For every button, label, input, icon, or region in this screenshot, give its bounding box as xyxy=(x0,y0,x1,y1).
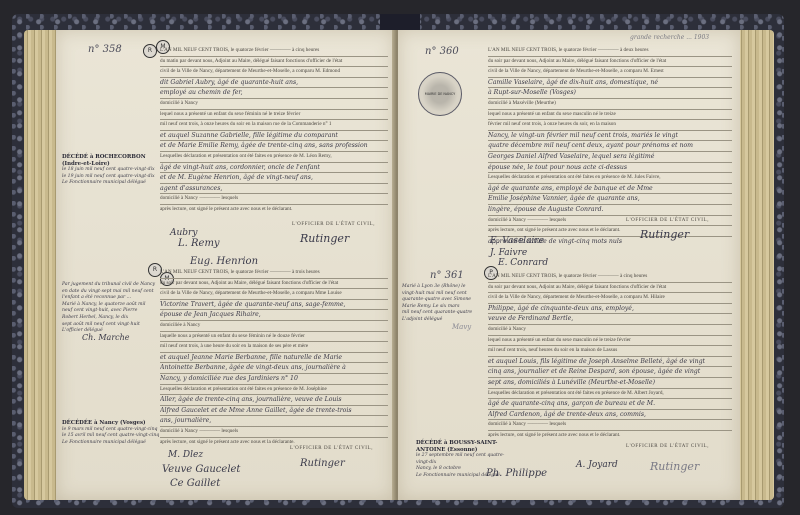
record-line: L'AN MIL NEUF CENT TROIS, le quatorze fé… xyxy=(160,268,388,279)
record-line: à Rupt-sur-Moselle (Vosges) xyxy=(488,88,732,99)
signature: Veuve Gaucelet xyxy=(162,464,240,475)
signature: M. Dlez xyxy=(168,450,203,460)
signature: Ph. Philippe xyxy=(486,468,547,479)
record-line: Aller, âgée de trente-cinq ans, journali… xyxy=(160,395,388,406)
signature: L. Remy xyxy=(178,238,220,249)
record-line: et de M. Eugène Henrion, âgé de vingt-ne… xyxy=(160,173,388,184)
signature: J. Faivre xyxy=(490,248,527,258)
record-line: mil neuf cent trois, à onze heures du so… xyxy=(160,120,388,131)
record-line: et de Marie Emilie Remy, âgée de trente-… xyxy=(160,141,388,152)
record-line: mil neuf cent trois, neuf heures du soir… xyxy=(488,346,732,357)
record-line: L'AN MIL NEUF CENT TROIS, le quatorze fé… xyxy=(488,272,732,283)
record-line: cinq ans, journalier et de Reine Despard… xyxy=(488,367,732,378)
record-line: âgé de quarante-cinq ans, garçon de bure… xyxy=(488,399,732,410)
signature: Ce Gaillet xyxy=(170,478,220,489)
record-line: du matin par devant nous, Adjoint au Mai… xyxy=(160,57,388,68)
record-line: après lecture, ont signé le présent acte… xyxy=(160,205,388,215)
record-number: n° 361 xyxy=(430,270,464,281)
page-edges-right xyxy=(738,30,774,500)
margin-note-death: DÉCÉDÉ à ROCHECORBON (Indre-et-Loire) le… xyxy=(62,154,160,187)
record-line: Lesquelles déclaration et présentation o… xyxy=(488,389,732,400)
margin-note-line: l'enfant a été reconnue par ... xyxy=(62,295,160,302)
signature: E. Conrard xyxy=(498,258,548,268)
signature: E. Vaselaire xyxy=(490,236,544,246)
signature: A. Joyard xyxy=(576,460,618,470)
margin-note-marriage: Marié à Lyon 3e (Rhône) le vingt-huit ma… xyxy=(402,284,486,330)
margin-note-line: le 15 avril mil neuf cent quatre-vingt-c… xyxy=(62,433,160,440)
record-number: n° 360 xyxy=(425,46,459,57)
record-line: L'AN MIL NEUF CENT TROIS, le quatorze fé… xyxy=(488,46,732,57)
record-line: domicilié à Nancy xyxy=(488,325,732,336)
record-358-body: L'AN MIL NEUF CENT TROIS, le quatorze fé… xyxy=(160,46,388,215)
margin-note-line: Par jugement du tribunal civil de Nancy xyxy=(62,282,160,289)
officer-signature: Rutinger xyxy=(300,232,349,245)
margin-note-line: le 27 septembre mil neuf cent quatre-vin… xyxy=(416,453,516,466)
margin-note-line: Robert Herbel, Nancy, le dix xyxy=(62,315,160,322)
record-line: Lesquelles déclaration et présentation o… xyxy=(160,385,388,396)
record-number: n° 358 xyxy=(88,44,122,55)
record-line: domicilié à Maxéville (Meurthe) xyxy=(488,99,732,110)
record-line: Camille Vaselaire, âgé de dix-huit ans, … xyxy=(488,78,732,89)
record-line: Nancy, le vingt-un février mil neuf cent… xyxy=(488,131,732,142)
record-line: domicilié à Nancy ———— lesquels xyxy=(160,194,388,205)
record-line: civil de la Ville de Nancy, département … xyxy=(488,293,732,304)
record-line: Antoinette Berbanne, âgée de vingt-deux … xyxy=(160,363,388,374)
margin-note-line: le 18 juin mil neuf cent quatre-vingt-di… xyxy=(62,167,160,174)
officer-signature: Rutinger xyxy=(640,228,689,241)
record-line: lequel nous a présenté un enfant du sexe… xyxy=(160,110,388,121)
record-line: Lesquelles déclaration et présentation o… xyxy=(160,152,388,163)
margin-note-line: quarante-quatre avec Simone xyxy=(402,297,486,304)
margin-note-line: Marié à Lyon 3e (Rhône) le xyxy=(402,284,486,291)
margin-note-header: DÉCÉDÉ à ROCHECORBON (Indre-et-Loire) xyxy=(62,154,160,167)
officer-label: L'OFFICIER DE L'ÉTAT CIVIL, xyxy=(626,218,709,223)
record-line: âgé de quarante ans, employé de banque e… xyxy=(488,184,732,195)
record-line: Nancy, y domiciliée rue des Jardiniers n… xyxy=(160,374,388,385)
record-line: L'AN MIL NEUF CENT TROIS, le quatorze fé… xyxy=(160,46,388,57)
signature: Eug. Henrion xyxy=(190,256,258,267)
record-line: dit Gabriel Aubry, âgé de quarante-huit … xyxy=(160,78,388,89)
record-line: lequel nous a présenté un enfant du sexe… xyxy=(488,110,732,121)
record-line: domicilié à Nancy xyxy=(160,99,388,110)
record-line: domiciliée à Nancy xyxy=(160,321,388,332)
record-line: Alfred Gaucelet et de Mme Anne Gaillet, … xyxy=(160,406,388,417)
record-line: et auquel Louis, fils légitime de Joseph… xyxy=(488,357,732,368)
record-line: civil de la Ville de Nancy, département … xyxy=(160,289,388,300)
record-line: sept ans, domiciliés à Lunéville (Meurth… xyxy=(488,378,732,389)
margin-note-signature: Mavy xyxy=(452,324,486,331)
officer-signature: Rutinger xyxy=(650,460,699,473)
margin-note-line: mil neuf cent quarante-quatre xyxy=(402,310,486,317)
record-line: après lecture, ont signé le présent acte… xyxy=(488,431,732,441)
record-line: ans, journalière, xyxy=(160,416,388,427)
officer-label: L'OFFICIER DE L'ÉTAT CIVIL, xyxy=(626,444,709,449)
record-line: février mil neuf cent trois, à onze heur… xyxy=(488,120,732,131)
margin-note-death: DÉCÉDÉE à Nancy (Vosges) le 9 mars mil n… xyxy=(62,420,160,446)
record-line: Georges Daniel Alfred Vaselaire, lequel … xyxy=(488,152,732,163)
record-line: veuve de Ferdinand Bertle, xyxy=(488,314,732,325)
margin-note-header: DÉCÉDÉ à BOUSSY-SAINT-ANTOINE (Essonne) xyxy=(416,440,516,453)
record-line: du soir par devant nous, Adjoint au Mair… xyxy=(160,279,388,290)
record-line: Lesquelles déclaration et présentation o… xyxy=(488,173,732,184)
record-line: civil de la Ville de Nancy, département … xyxy=(488,67,732,78)
record-line: lequel nous a présenté un enfant du sexe… xyxy=(488,336,732,347)
record-line: laquelle nous a présenté un enfant du se… xyxy=(160,332,388,343)
officer-signature: Rutinger xyxy=(300,458,345,469)
record-line: employé au chemin de fer, xyxy=(160,88,388,99)
record-line: Alfred Cardenon, âgé de trente-deux ans,… xyxy=(488,410,732,421)
record-line: mil neuf cent trois, à une heure du soir… xyxy=(160,342,388,353)
margin-note-line: neuf cent vingt-huit, avec Pierre xyxy=(62,308,160,315)
pencil-annotation: grande recherche ... 1903 xyxy=(630,34,709,41)
signature: Aubry xyxy=(170,228,197,238)
record-line: Emilie Joséphine Vannier, âgée de quaran… xyxy=(488,194,732,205)
officer-label: L'OFFICIER DE L'ÉTAT CIVIL, xyxy=(290,446,373,451)
record-line: civil de la Ville de Nancy, département … xyxy=(160,67,388,78)
mairie-seal-icon: MAIRIE DE NANCY xyxy=(418,72,462,116)
record-line: âgé de vingt-huit ans, cordonnier, oncle… xyxy=(160,163,388,174)
record-line: domicilié à Nancy ———— lesquels xyxy=(160,427,388,438)
record-line: du soir par devant nous, Adjoint au Mair… xyxy=(488,283,732,294)
margin-note-line: L'adjoint délégué xyxy=(402,317,486,324)
record-line: du soir par devant nous, Adjoint au Mair… xyxy=(488,57,732,68)
record-line: agent d'assurances, xyxy=(160,184,388,195)
margin-note-line: Le Fonctionnaire municipal délégué xyxy=(62,440,160,447)
seal-text: MAIRIE DE NANCY xyxy=(425,92,455,96)
margin-note-header: DÉCÉDÉE à Nancy (Vosges) xyxy=(62,420,160,427)
margin-note-marriage: Par jugement du tribunal civil de Nancy … xyxy=(62,282,160,341)
record-line: Victorine Travert, âgée de quarante-neuf… xyxy=(160,300,388,311)
officer-label: L'OFFICIER DE L'ÉTAT CIVIL, xyxy=(292,222,375,227)
record-line: quatre décembre mil neuf cent deux, ayan… xyxy=(488,141,732,152)
margin-note-signature: Ch. Marche xyxy=(82,335,160,342)
record-line: et auquel Jeanne Marie Berbanne, fille n… xyxy=(160,353,388,364)
record-line: lingère, épouse de Auguste Conrard. xyxy=(488,205,732,216)
record-line: domicilié à Nancy ———— lesquels xyxy=(488,420,732,431)
page-edges-left xyxy=(24,30,60,500)
stamp-icon: R xyxy=(143,44,157,58)
record-line: épouse née, le tout pour nous acte ci-de… xyxy=(488,163,732,174)
record-line: et auquel Suzanne Gabrielle, fille légit… xyxy=(160,131,388,142)
record-359-body: L'AN MIL NEUF CENT TROIS, le quatorze fé… xyxy=(160,268,388,447)
record-line: épouse de Jean Jacques Rihaire, xyxy=(160,310,388,321)
record-360-body: L'AN MIL NEUF CENT TROIS, le quatorze fé… xyxy=(488,46,732,246)
record-361-body: L'AN MIL NEUF CENT TROIS, le quatorze fé… xyxy=(488,272,732,441)
margin-note-line: Le Fonctionnaire municipal délégué xyxy=(62,180,160,187)
record-line: Philippe, âgé de cinquante-deux ans, emp… xyxy=(488,304,732,315)
